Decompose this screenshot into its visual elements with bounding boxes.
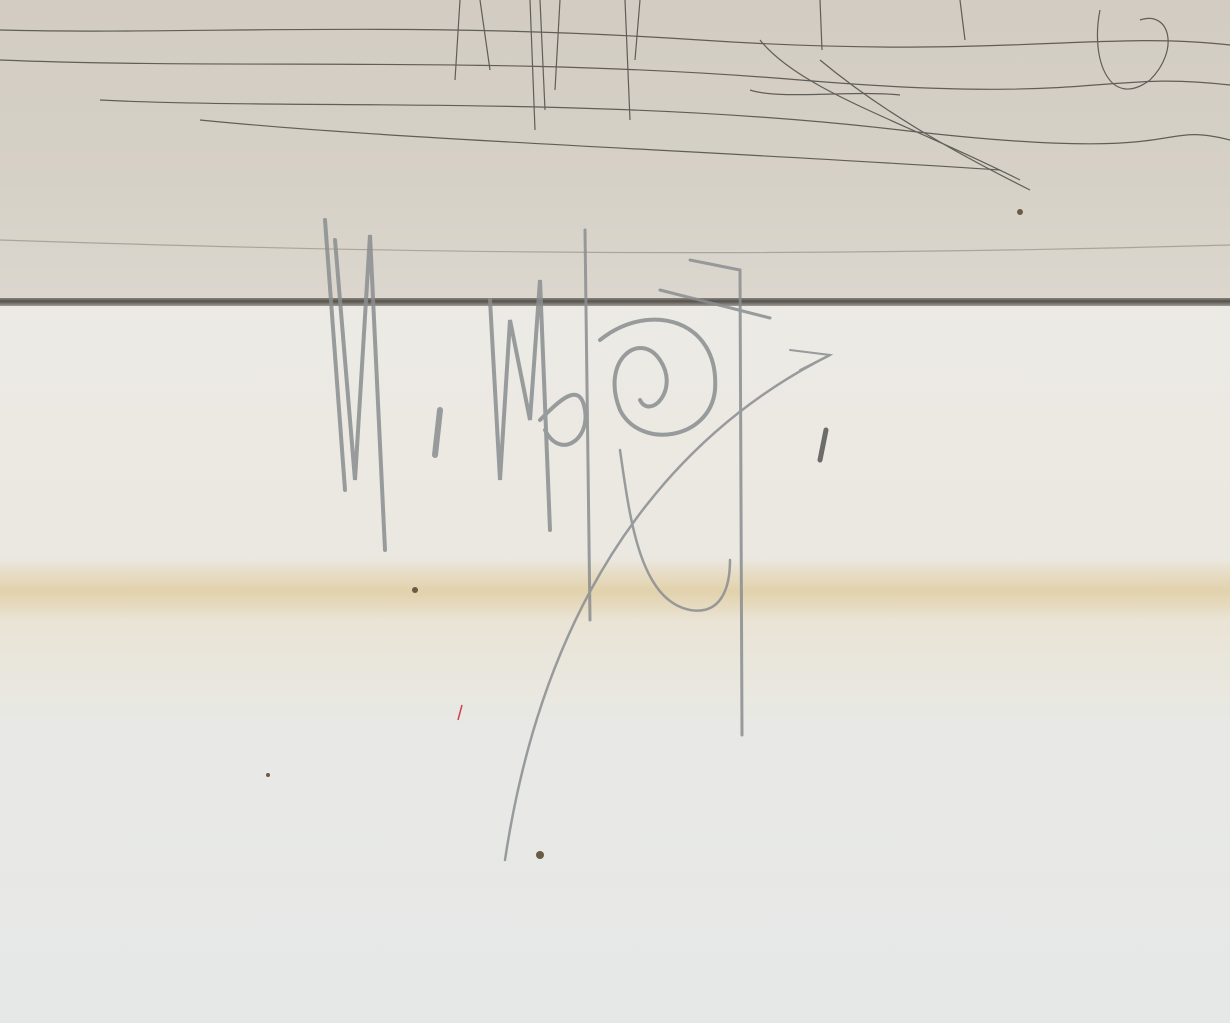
drawing-strokes — [0, 0, 1230, 1023]
pencil-signature — [325, 220, 830, 860]
etched-scribbles — [0, 0, 1230, 253]
red-fiber — [458, 705, 462, 720]
paper-specks — [266, 209, 1023, 859]
